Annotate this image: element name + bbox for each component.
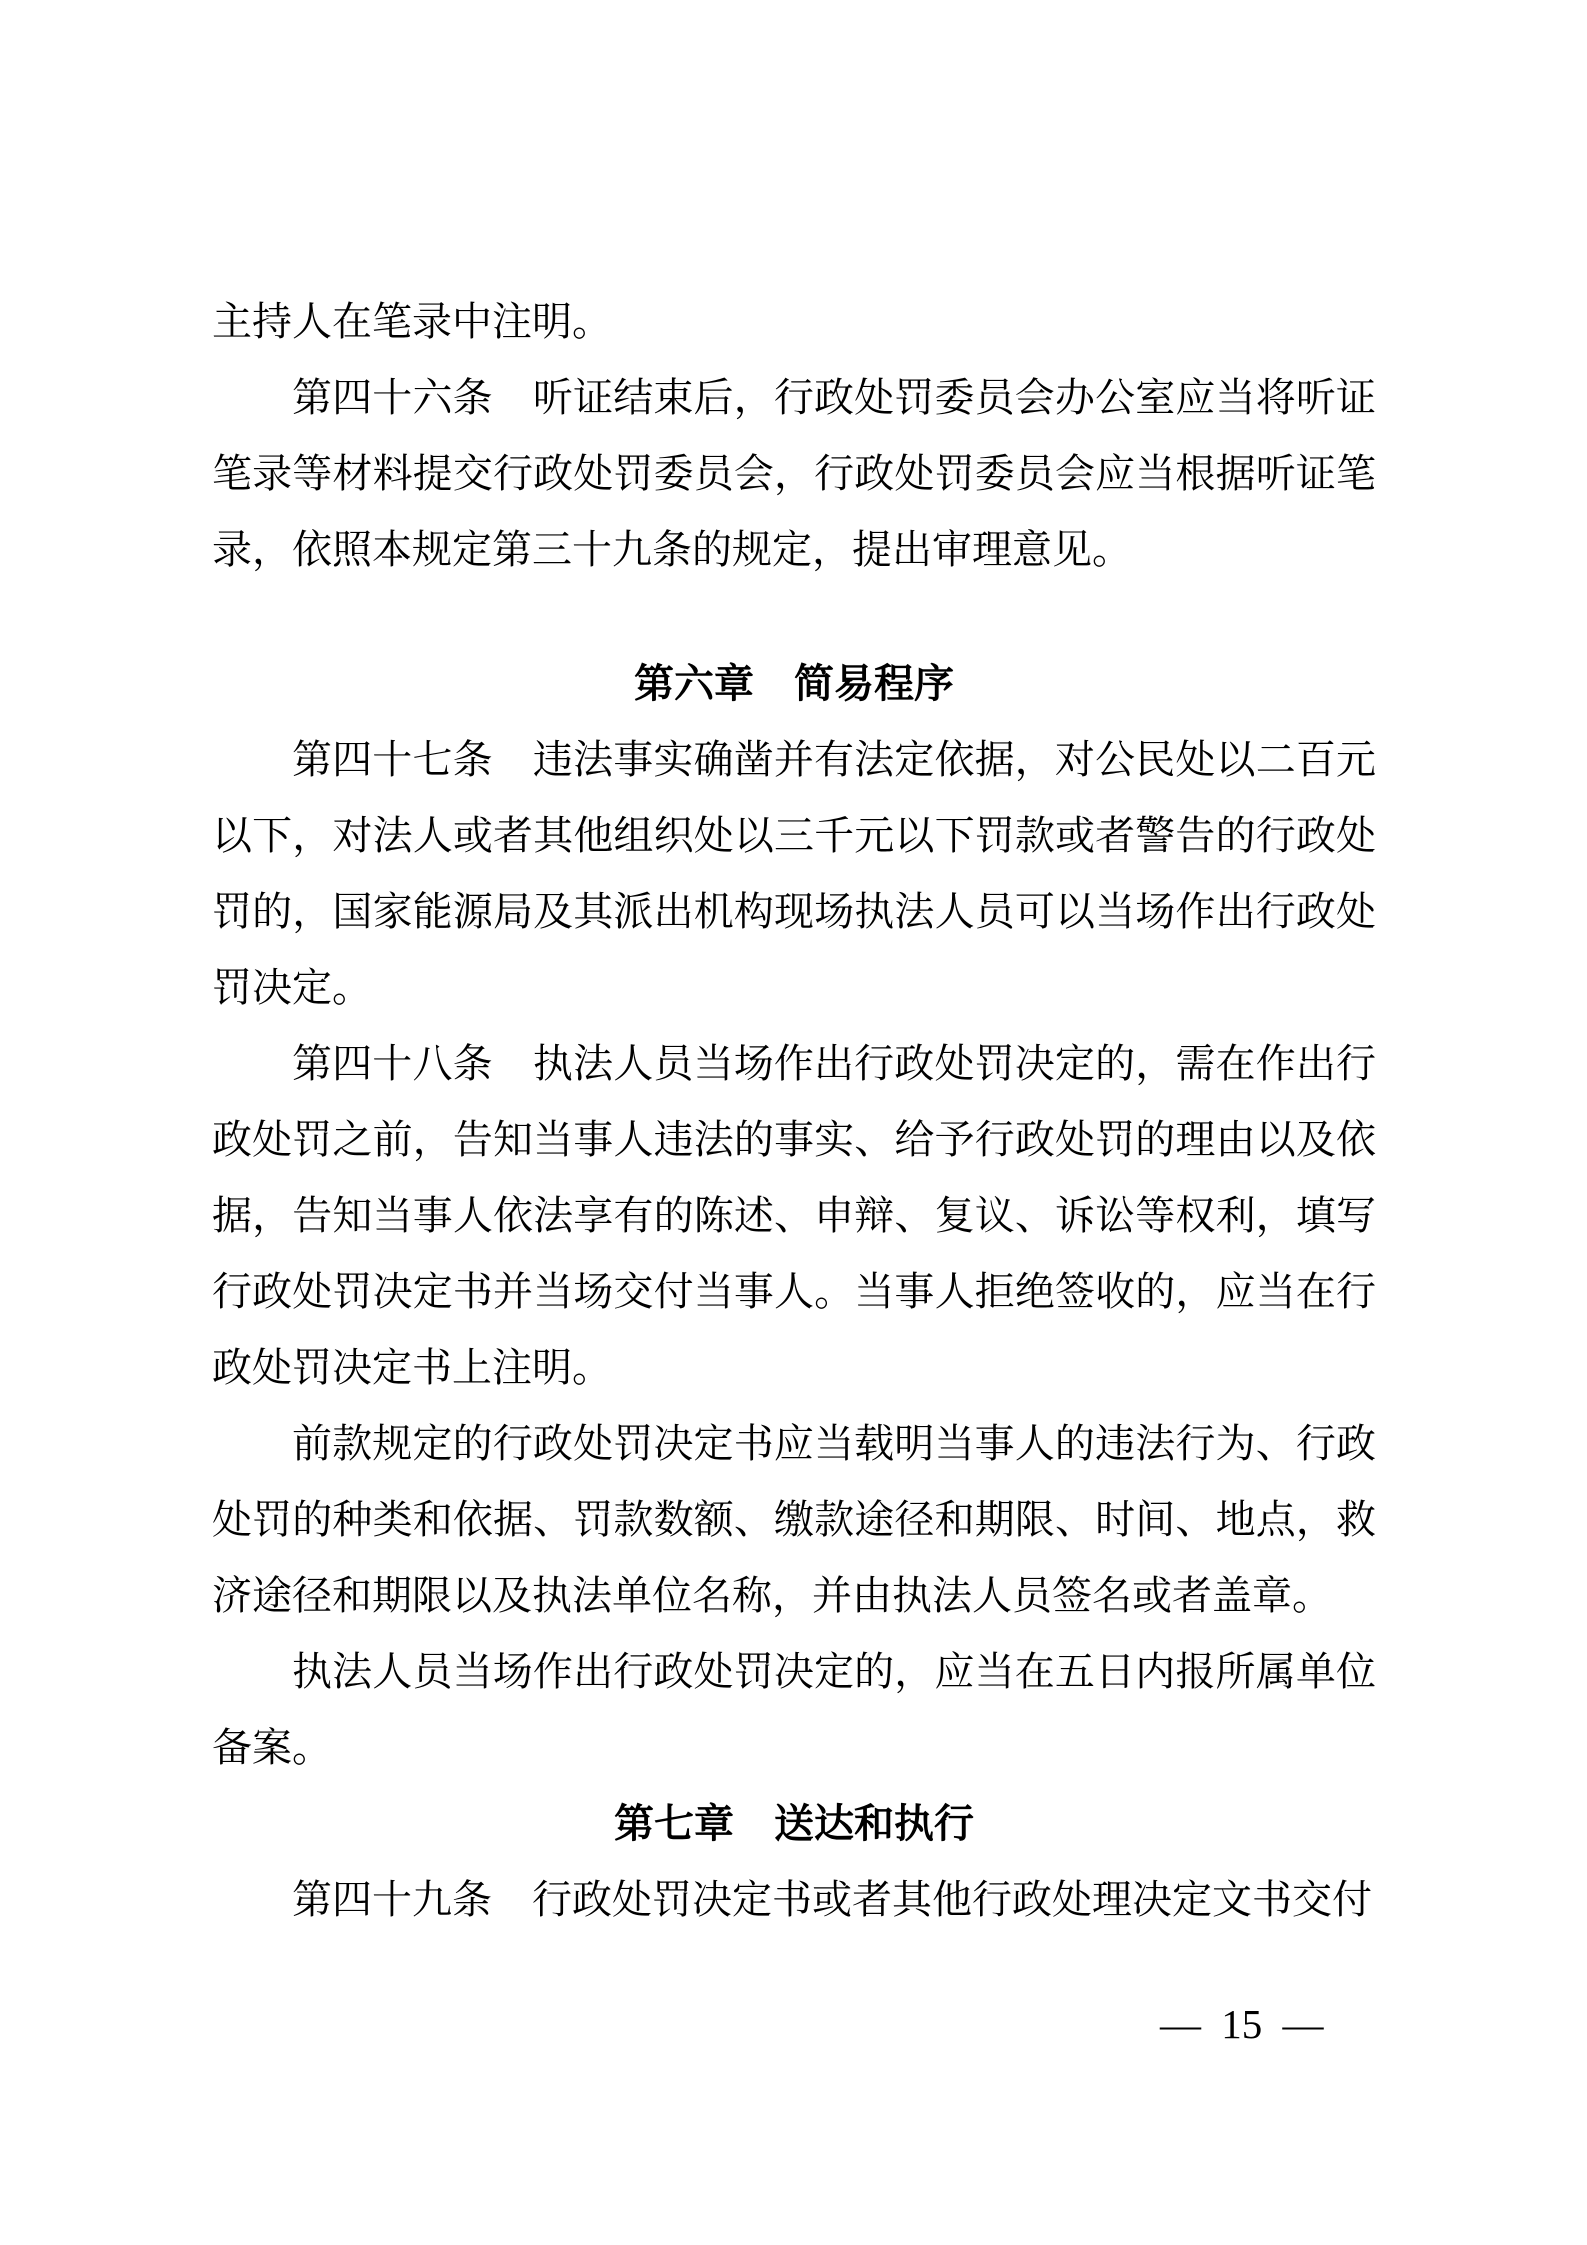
paragraph: 第四十八条 执法人员当场作出行政处罚决定的，需在作出行政处罚之前，告知当事人违法…	[212, 1026, 1376, 1406]
paragraph: 主持人在笔录中注明。	[212, 284, 1376, 360]
paragraph: 前款规定的行政处罚决定书应当载明当事人的违法行为、行政处罚的种类和依据、罚款数额…	[212, 1406, 1376, 1634]
paragraph: 第四十九条 行政处罚决定书或者其他行政处理决定文书交付	[212, 1862, 1376, 1938]
paragraph: 第四十六条 听证结束后，行政处罚委员会办公室应当将听证笔录等材料提交行政处罚委员…	[212, 360, 1376, 588]
page-number: — 15 —	[1160, 2000, 1324, 2048]
document-page: 主持人在笔录中注明。第四十六条 听证结束后，行政处罚委员会办公室应当将听证笔录等…	[0, 0, 1587, 2245]
document-body: 主持人在笔录中注明。第四十六条 听证结束后，行政处罚委员会办公室应当将听证笔录等…	[212, 284, 1376, 1938]
chapter-heading: 第七章 送达和执行	[212, 1786, 1376, 1862]
paragraph: 第四十七条 违法事实确凿并有法定依据，对公民处以二百元以下，对法人或者其他组织处…	[212, 722, 1376, 1026]
paragraph: 执法人员当场作出行政处罚决定的，应当在五日内报所属单位备案。	[212, 1634, 1376, 1786]
chapter-heading: 第六章 简易程序	[212, 646, 1376, 722]
